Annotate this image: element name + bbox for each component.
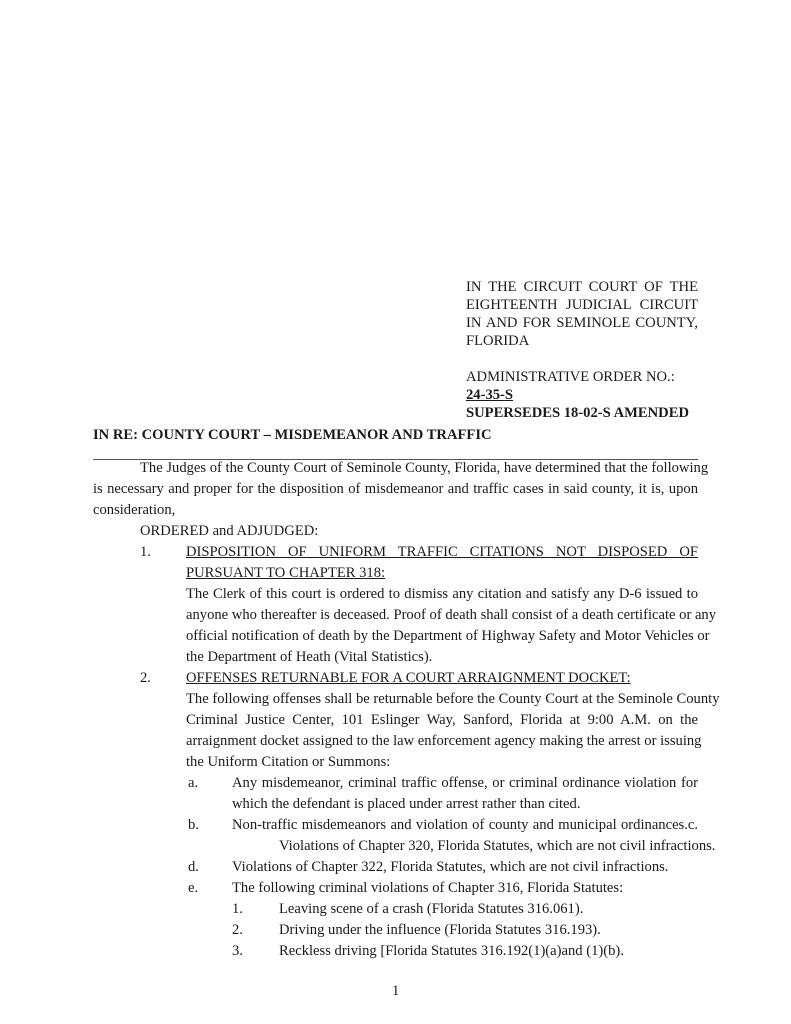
section-body-line: anyone who thereafter is deceased. Proof… (186, 605, 698, 626)
section-body-line: the Uniform Citation or Summons: (186, 752, 390, 773)
subitem-number: 3. (232, 941, 243, 962)
section-body-line: The following offenses shall be returnab… (186, 689, 698, 710)
item-line: The following criminal violations of Cha… (232, 878, 623, 899)
caption-line: IN THE CIRCUIT COURT OF THE (466, 278, 698, 296)
item-line: which the defendant is placed under arre… (232, 794, 580, 815)
section-body-line: The Clerk of this court is ordered to di… (186, 584, 698, 605)
section-heading: OFFENSES RETURNABLE FOR A COURT ARRAIGNM… (186, 668, 631, 689)
ordered-adjudged: ORDERED and ADJUDGED: (140, 521, 318, 542)
subitem-number: 2. (232, 920, 243, 941)
caption-line: EIGHTEENTH JUDICIAL CIRCUIT (466, 296, 698, 314)
section-body-line: the Department of Heath (Vital Statistic… (186, 647, 432, 668)
supersedes: SUPERSEDES 18-02-S AMENDED (466, 404, 698, 422)
preamble-line: The Judges of the County Court of Semino… (140, 458, 698, 479)
caption-line: IN AND FOR SEMINOLE COUNTY, (466, 314, 698, 332)
item-letter: a. (188, 773, 198, 794)
section-body-line: arraignment docket assigned to the law e… (186, 731, 698, 752)
page-number: 1 (392, 983, 399, 1000)
preamble-line: consideration, (93, 500, 175, 521)
order-label: ADMINISTRATIVE ORDER NO.: (466, 368, 698, 386)
item-line: Violations of Chapter 322, Florida Statu… (232, 857, 668, 878)
item-line: Non-traffic misdemeanors and violation o… (232, 815, 698, 836)
item-letter: b. (188, 815, 199, 836)
preamble-line: is necessary and proper for the disposit… (93, 479, 698, 500)
section-number: 2. (140, 668, 151, 689)
subitem-text: Reckless driving [Florida Statutes 316.1… (279, 941, 624, 962)
section-heading: DISPOSITION OF UNIFORM TRAFFIC CITATIONS… (186, 542, 698, 563)
subitem-number: 1. (232, 899, 243, 920)
section-heading: PURSUANT TO CHAPTER 318: (186, 563, 385, 584)
item-line: Violations of Chapter 320, Florida Statu… (279, 836, 715, 857)
subitem-text: Leaving scene of a crash (Florida Statut… (279, 899, 583, 920)
court-caption: IN THE CIRCUIT COURT OF THE EIGHTEENTH J… (466, 278, 698, 422)
item-letter: d. (188, 857, 199, 878)
caption-line: FLORIDA (466, 332, 698, 350)
section-number: 1. (140, 542, 151, 563)
subitem-text: Driving under the influence (Florida Sta… (279, 920, 601, 941)
in-re-title: IN RE: COUNTY COURT – MISDEMEANOR AND TR… (93, 427, 492, 444)
order-number: 24-35-S (466, 386, 698, 404)
section-body-line: Criminal Justice Center, 101 Eslinger Wa… (186, 710, 698, 731)
item-line: Any misdemeanor, criminal traffic offens… (232, 773, 698, 794)
item-letter: e. (188, 878, 198, 899)
section-body-line: official notification of death by the De… (186, 626, 698, 647)
